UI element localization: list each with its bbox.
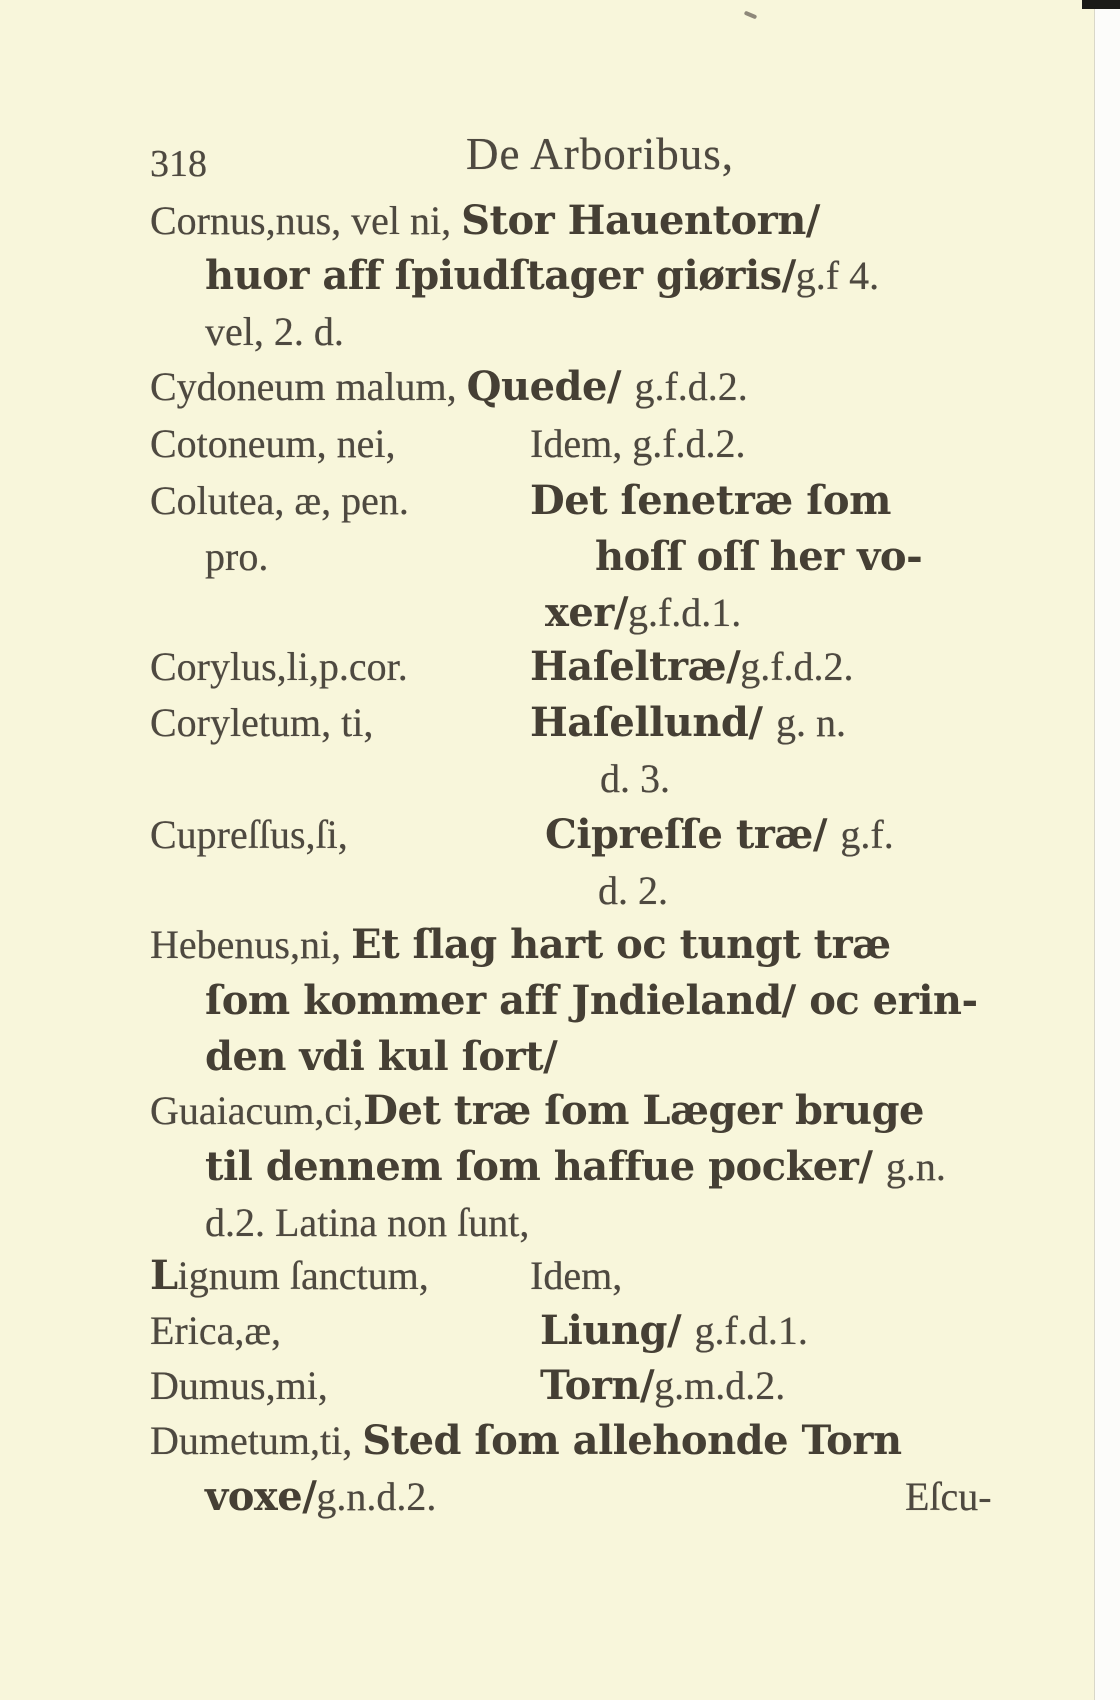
grammar-note: d. 3. <box>600 756 670 801</box>
latin-text: Erica,æ, <box>150 1308 281 1353</box>
entry-line: xer/g.f.d.1. <box>545 589 1120 645</box>
entry-line: d. 2. <box>598 867 1120 923</box>
grammar-note: g.f.d.1. <box>628 590 741 635</box>
entry-line-hebenus: Hebenus,ni, Et ſlag hart oc tungt træ <box>150 921 1030 977</box>
danish-text: Liung/ <box>540 1307 695 1354</box>
danish-text: Stor Hauentorn/ <box>461 197 820 244</box>
latin-text: Cornus,nus, vel ni, <box>150 198 461 243</box>
entry-line-lignum-sanctum: Lignum ſanctum, Idem, <box>150 1252 1030 1308</box>
entry-line-dumetum: Dumetum,ti, Sted ſom allehonde Torn <box>150 1417 1030 1473</box>
ink-speck <box>744 11 758 20</box>
entry-line-cotoneum: Cotoneum, nei, Idem, g.f.d.2. <box>150 420 1030 476</box>
grammar-note: g.f.d.1. <box>695 1308 808 1353</box>
entry-line-cydoneum: Cydoneum malum, Quede/ g.f.d.2. <box>150 363 1030 419</box>
entry-line: d.2. Latina non ſunt, <box>205 1199 1085 1255</box>
entry-line-cupressus: Cupreſſus,ſi, Cipreſſe træ/ g.f. <box>150 811 1030 867</box>
entry-line: vel, 2. d. <box>205 308 1085 364</box>
entry-line-corylus: Corylus,li,p.cor. Haſeltræ/g.f.d.2. <box>150 643 1030 699</box>
latin-text: Cupreſſus,ſi, <box>150 812 348 857</box>
entry-line: ſom kommer aff Jndieland/ oc erin- <box>205 977 1085 1033</box>
entry-line: pro. hoſſ oſſ her vo- <box>205 533 1085 589</box>
entry-line-dumus: Dumus,mi, Torn/g.m.d.2. <box>150 1362 1030 1418</box>
danish-text: Torn/ <box>540 1362 654 1409</box>
danish-text: Sted ſom allehonde Torn <box>362 1417 901 1464</box>
entry-line-coryletum: Coryletum, ti, Haſellund/ g. n. <box>150 699 1030 755</box>
danish-text: hoſſ oſſ her vo- <box>595 533 922 580</box>
entry-line-guaiacum: Guaiacum,ci,Det træ ſom Læger bruge <box>150 1087 1030 1143</box>
latin-text: Colutea, æ, pen. <box>150 478 409 523</box>
latin-text: pro. <box>205 534 268 579</box>
running-title: De Arboribus, <box>190 128 1010 180</box>
danish-text: Cipreſſe træ/ <box>545 811 840 858</box>
danish-text: voxe/ <box>205 1473 316 1520</box>
entry-line: d. 3. <box>600 755 1120 811</box>
latin-text: Cydoneum malum, <box>150 364 467 409</box>
latin-text: Cotoneum, nei, <box>150 421 396 466</box>
latin-text: vel, 2. d. <box>205 309 344 354</box>
book-page-scan: 318 De Arboribus, Cornus,nus, vel ni, St… <box>0 0 1120 1700</box>
danish-text: til dennem ſom haffue pocker/ <box>205 1143 886 1190</box>
entry-line-erica: Erica,æ, Liung/ g.f.d.1. <box>150 1307 1030 1363</box>
gloss-text: Idem, <box>530 1252 622 1299</box>
latin-text: Dumetum,ti, <box>150 1418 362 1463</box>
entry-line-cornus: Cornus,nus, vel ni, Stor Hauentorn/ <box>150 197 1030 253</box>
latin-text: Guaiacum,ci, <box>150 1088 363 1133</box>
blackletter-initial: L <box>150 1252 178 1299</box>
entry-line: til dennem ſom haffue pocker/ g.n. <box>205 1143 1085 1199</box>
danish-text: Quede/ <box>467 363 635 410</box>
grammar-note: g.m.d.2. <box>654 1363 785 1408</box>
scan-corner-artifact <box>1082 0 1120 9</box>
danish-text: Et ſlag hart oc tungt træ <box>351 921 891 968</box>
grammar-note: g. n. <box>776 700 846 745</box>
grammar-note: g.f.d.2. <box>740 644 853 689</box>
latin-text: Dumus,mi, <box>150 1363 328 1408</box>
grammar-note: g.n. <box>886 1144 946 1189</box>
entry-line: voxe/g.n.d.2. Eſcu- <box>205 1473 1085 1529</box>
catchword: Eſcu- <box>905 1473 992 1520</box>
latin-text: Corylus,li,p.cor. <box>150 644 408 689</box>
latin-text: ignum ſanctum, <box>178 1253 429 1298</box>
latin-text: Coryletum, ti, <box>150 700 373 745</box>
danish-text: Haſeltræ/ <box>530 643 740 690</box>
danish-text: Haſellund/ <box>530 699 776 746</box>
danish-text: Det træ ſom Læger bruge <box>363 1087 924 1134</box>
danish-text: xer/ <box>545 589 628 636</box>
scanner-edge-strip <box>1094 0 1120 1700</box>
grammar-note: g.f.d.2. <box>634 364 747 409</box>
grammar-note: g.n.d.2. <box>316 1474 436 1519</box>
danish-text: ſom kommer aff Jndieland/ oc erin- <box>205 977 978 1024</box>
danish-text: huor aff ſpiudſtager giøris/ <box>205 252 796 299</box>
latin-text: Hebenus,ni, <box>150 922 351 967</box>
grammar-note: d. 2. <box>598 868 668 913</box>
danish-text: den vdi kul ſort/ <box>205 1033 557 1080</box>
entry-line-colutea: Colutea, æ, pen. Det ſenetræ ſom <box>150 477 1030 533</box>
grammar-note: g.f. <box>840 812 893 857</box>
gloss-text: Idem, g.f.d.2. <box>530 420 746 467</box>
latin-text: d.2. Latina non ſunt, <box>205 1200 529 1245</box>
grammar-note: g.f 4. <box>796 253 879 298</box>
danish-text: Det ſenetræ ſom <box>530 477 891 524</box>
entry-line: huor aff ſpiudſtager giøris/g.f 4. <box>205 252 1085 308</box>
entry-line: den vdi kul ſort/ <box>205 1033 1085 1089</box>
